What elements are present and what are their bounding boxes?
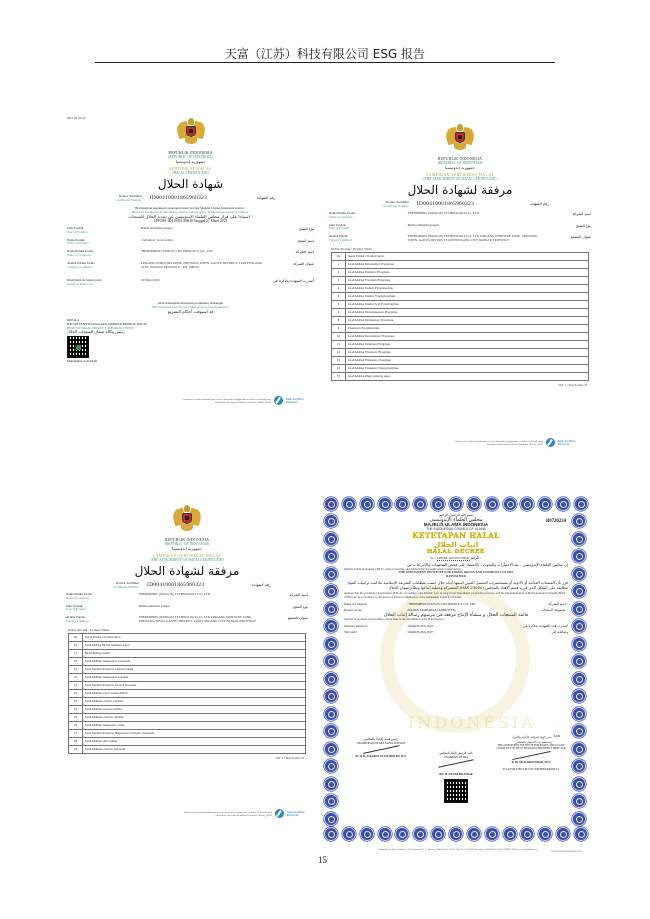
product-no: 27	[69, 729, 83, 737]
mui-seal-icon	[324, 794, 338, 808]
revision-code: REV.06.03.24	[67, 116, 85, 120]
mui-seal-icon	[360, 497, 374, 511]
product-no: 18	[69, 657, 83, 665]
mui-seal-icon	[378, 827, 392, 841]
certificate-number: ID00410001865960323	[150, 195, 257, 201]
issued-label-ar: أصدرت هذه الشهادة بجاكرتا في	[514, 624, 568, 628]
field-label-en: Name of Company	[67, 254, 141, 258]
mui-seal-icon	[538, 827, 552, 841]
mui-seal-icon	[324, 619, 338, 633]
mui-seal-icon	[360, 827, 374, 841]
mui-seal-icon	[467, 827, 481, 841]
issued-label-ar: أصدرت الشهادة بجاكرتا في	[270, 279, 314, 287]
mui-seal-icon	[572, 794, 586, 808]
issued-row: Issued in Jakarta on : MARCH 20th, 2023 …	[344, 624, 568, 628]
table-row: 7Food Additive Monopotassium Phosphate	[332, 308, 589, 316]
certificate-number-row: Nomor SertifikatCertificate Number ID004…	[325, 200, 595, 208]
product-no: 12	[332, 348, 346, 356]
product-name: Potassium Pyrophosphate	[346, 324, 589, 332]
attachment-title-en: (THE ATTACHMENT OF HALAL CERTIFICATE)	[62, 558, 312, 562]
valid-label-ar: وصالحة إلى	[514, 630, 568, 634]
field-value: THERMPHOS (JIANGSU) TECHNOLOGY CO., LTD	[139, 593, 265, 601]
esign-note: Dokumen ini telah ditandatangani secara …	[181, 398, 271, 404]
table-row: 8Food Additive Dipotassium Phosphate	[332, 316, 589, 324]
product-name: Food Additive Potassium Tripolyphosphate	[346, 364, 589, 372]
mui-seal-icon	[574, 497, 588, 511]
mui-seal-icon	[572, 672, 586, 686]
mui-halal-decree: INDONESIA B0720224 بسم الله الرحمن الرحي…	[322, 495, 590, 860]
product-no: 16	[69, 641, 83, 649]
watermark-text: INDONESIA	[408, 713, 536, 732]
product-list-title: Daftar Produk / Product Name	[331, 247, 595, 251]
esign-note: Dokumen ini telah ditandatangani secara …	[453, 440, 543, 446]
mui-seal-icon	[324, 567, 338, 581]
table-row: 11Food Additive Dicalcium Phosphate	[332, 340, 589, 348]
product-no: 26	[69, 721, 83, 729]
field-value: Bahan tambahan pangan	[141, 227, 269, 235]
field-label-ar: نوع المنتج	[270, 227, 314, 235]
attachment-field-type: Jenis ProdukType of ProductBahan tambaha…	[62, 605, 312, 613]
field-label-en: Name of Product	[67, 242, 141, 246]
mui-seal-icon	[520, 827, 534, 841]
signature-icon	[420, 759, 492, 773]
page-number: 15	[318, 855, 327, 865]
mui-seal-icon	[395, 827, 409, 841]
product-name: Food Additive Sodium Acid Pyrophosphate	[346, 300, 589, 308]
mui-seal-icon	[431, 827, 445, 841]
mui-seal-icon	[413, 497, 427, 511]
mui-seal-icon	[395, 497, 409, 511]
col-no: No	[332, 252, 346, 260]
field-label-en: Type of Product	[67, 231, 141, 235]
mui-seal-icon	[324, 637, 338, 651]
table-header: NoNama Produk / Product Name	[69, 633, 306, 641]
product-name: Food Additives Ferric sodium EDTA	[83, 689, 306, 697]
table-row: 15Food Additive Water retaining agent	[332, 372, 589, 380]
product-name: Food Additives Copper sulphate	[83, 697, 306, 705]
product-no: 23	[69, 697, 83, 705]
halal-certificate: REV.06.03.24 REPUBLIK INDONESIA (REPUBLI…	[63, 112, 318, 467]
product-list-note-en: The list of products and facilities can …	[344, 618, 568, 622]
product-no: 1	[332, 260, 346, 268]
mui-seal-icon	[467, 497, 481, 511]
mui-seal-icon	[324, 742, 338, 756]
field-value: THERMPHOS (JIANGSU) TECHNOLOGY CO., LTD …	[139, 616, 265, 624]
decree-title-en: HALAL DECREE	[340, 549, 572, 555]
field-value: THERMPHOS (JIANGSU) TECHNOLOGY CO., LTD	[408, 212, 544, 220]
attachment-field-company: Nama Pelaku UsahaName of CompanyTHERMPHO…	[325, 212, 595, 220]
qr-code	[444, 779, 468, 803]
product-name: Food Additive Monosodium Phosphate	[346, 260, 589, 268]
decree-field: Product Group: BAHAN TAMBAHAN (ADDITIVES…	[344, 608, 568, 612]
field-label-en: Company's Address	[67, 266, 141, 270]
field-label-ar: اسم المنتج	[270, 239, 314, 247]
mui-seal-icon	[324, 602, 338, 616]
certificate-field: Jenis ProdukType of ProductBahan tambaha…	[63, 227, 318, 235]
decree-basis: Berdasarkan keputusan penetapan halal pr…	[63, 206, 318, 223]
report-header-title: 天富（江苏）科技有限公司 ESG 报告	[0, 45, 650, 62]
mui-seal-icon	[342, 497, 356, 511]
mui-seal-icon	[485, 827, 499, 841]
qr-code	[67, 336, 89, 358]
mui-seal-icon	[503, 827, 517, 841]
bsre-logo-text: Balai Sertifikasi Elektronik	[286, 398, 304, 404]
table-row: 10Food Additive Monocalcium Phosphate	[332, 332, 589, 340]
field-value: -Terlampir / As Attached-	[141, 239, 269, 247]
mui-seal-icon	[572, 742, 586, 756]
bsre-logo-text: Balai Sertifikasi Elektronik	[287, 811, 305, 817]
mui-seal-icon	[324, 584, 338, 598]
product-name: Food Additives Magnesium sulphate	[83, 673, 306, 681]
table-row: 1Food Additive Monosodium Phosphate	[332, 260, 589, 268]
cert-label-en: Certificate Number	[325, 204, 409, 208]
table-row: 26Food Additives Magnesium oxide	[69, 721, 306, 729]
field-label-ar: اسم الشركة	[544, 212, 591, 220]
field-label: Product Group	[344, 608, 407, 612]
mui-seal-icon	[342, 827, 356, 841]
attachment-title-en: (THE ATTACHMENT OF HALAL CERTIFICATE)	[325, 177, 595, 181]
signatory-name: Muhammad Aqil Irham	[67, 360, 314, 364]
table-row: 16Food Additive Blends Stabilizer agent	[69, 641, 306, 649]
field-value: Bahan tambahan pangan	[139, 605, 265, 613]
field-label-ar: عنوان الشركة	[270, 262, 314, 270]
product-name: Blend Baking powder	[83, 649, 306, 657]
mui-seal-icon	[324, 812, 338, 826]
product-table: NoNama Produk / Product Name16Food Addit…	[68, 633, 306, 754]
signature-icon	[344, 745, 418, 755]
product-name: Food Additive Potassium phosphate	[346, 356, 589, 364]
field-label-ar: عنوان المصنع	[264, 616, 308, 624]
certificate-title-ar: شهادة الحلال	[63, 177, 318, 191]
product-no: 25	[69, 713, 83, 721]
product-name: Food Additive Disodium Phosphate	[346, 268, 589, 276]
product-no: 17	[69, 649, 83, 657]
mui-seal-icon	[572, 637, 586, 651]
mui-seal-icon	[324, 827, 338, 841]
mui-seal-icon	[538, 497, 552, 511]
number-label-ar: الرقم :	[471, 555, 482, 560]
issued-row: Diterbitkan di Jakarta padaIssued in Jak…	[63, 279, 318, 287]
decree-number: LPPOM- 00310055180610	[437, 556, 470, 561]
page-note: Hal: 1 / Total Produk: 30	[325, 384, 587, 387]
signatory-block: KEPALA BADAN PENYELENGGARA JAMINAN PRODU…	[63, 319, 318, 364]
table-row: 21Food Nutrition Enhancer Ferrous Fumara…	[69, 681, 306, 689]
table-row: 5Food Additive Sodium Tripolyphosphate	[332, 292, 589, 300]
product-name: Food Additive Dicalcium Phosphate	[346, 340, 589, 348]
product-name: Food Additive Dipotassium Phosphate	[346, 316, 589, 324]
table-row: 20Food Additives Magnesium sulphate	[69, 673, 306, 681]
mui-seal-icon	[572, 584, 586, 598]
mui-seal-icon	[572, 777, 586, 791]
compliance-statement: telah memenuhi ketentuan perundang-undan…	[63, 301, 318, 314]
footer-form-code: FM-1/LPPOM-MUI/Oktober 2022	[332, 851, 582, 853]
kan-logo-icon: KAN	[554, 735, 561, 738]
mui-seal-icon	[324, 707, 338, 721]
mui-seal-icon	[324, 759, 338, 773]
product-no: 28	[69, 737, 83, 745]
product-no: 14	[332, 364, 346, 372]
product-no: 21	[69, 681, 83, 689]
product-name: Food Additives Calcium carbonate	[83, 745, 306, 753]
esign-badge: Dokumen ini telah ditandatangani secara …	[453, 438, 576, 447]
table-row: 17Blend Baking powder	[69, 649, 306, 657]
product-no: 6	[332, 300, 346, 308]
mui-seal-icon	[378, 497, 392, 511]
product-no: 29	[69, 745, 83, 753]
table-row: 4Food Additive Sodium Pyrophosphate	[332, 284, 589, 292]
signature-left: رئيس قسم الإفتاء بالمجلس CHAIRPERSON OF …	[344, 737, 418, 758]
mui-seal-icon	[572, 654, 586, 668]
certificate-field: Nama ProdukName of Product-Terlampir / A…	[63, 239, 318, 247]
product-name: Food Additives Zinc sulfate	[83, 737, 306, 745]
issued-date: 22 Maret 2023	[141, 279, 269, 287]
country-name-ar: جمهورية إندونيسيا	[325, 165, 595, 170]
mui-seal-icon	[449, 827, 463, 841]
product-name: Food Additive Blends Stabilizer agent	[83, 641, 306, 649]
decree-reference: LPPOM- 00310055180610 Tanggal 21 Maret 2…	[63, 219, 318, 223]
cert-label-ar: رقم الشهادة	[252, 583, 312, 587]
field-value: THERMPHOS (JIANGSU) TECHNOLOGY CO., LTD …	[408, 235, 544, 243]
table-row: 27Food Nutrition Enhancer Magnesium hydr…	[69, 729, 306, 737]
attachment-title-ar: مرفقة لشهادة الحلال	[62, 564, 312, 578]
field-label-ar: مجموعة المنتجات :	[514, 608, 568, 612]
product-name: Food Nutrition Enhancer Ferrous Fumarate	[83, 681, 306, 689]
garuda-emblem-icon	[445, 124, 475, 152]
product-name: Food Additive Monopotassium Phosphate	[346, 308, 589, 316]
cert-label-ar: رقم الشهادة	[530, 202, 595, 206]
product-name: Food Nutrition Enhancer Calcium Citrate	[83, 665, 306, 673]
mui-seal-icon	[324, 689, 338, 703]
product-name: Food Additive Trisodium Phosphate	[346, 276, 589, 284]
attachment-title-ar: مرفقة لشهادة الحلال	[325, 183, 595, 197]
mui-seal-icon	[413, 827, 427, 841]
signature-icon	[492, 751, 570, 761]
valid-row: Valid until : MARCH 20th, 2027 وصالحة إل…	[344, 630, 568, 634]
garuda-emblem-icon	[172, 505, 202, 533]
table-row: 18Food Additives Magnesium carbonate	[69, 657, 306, 665]
product-no: 11	[332, 340, 346, 348]
mui-seal-icon	[572, 532, 586, 546]
number-label: No. :	[430, 556, 436, 560]
table-row: 28Food Additives Zinc sulfate	[69, 737, 306, 745]
field-label-ar: اسم الشركة	[270, 250, 314, 258]
certificate-number: ID00410001865960323	[417, 201, 530, 207]
field-value: : THERMPHOS (JIANGSU) TECHNOLOGY CO., LT…	[407, 602, 515, 606]
mui-seal-icon	[324, 532, 338, 546]
attachment-field-company: Nama Pelaku UsahaName of CompanyTHERMPHO…	[62, 593, 312, 601]
product-no: 2	[332, 268, 346, 276]
table-row: 3Food Additive Trisodium Phosphate	[332, 276, 589, 284]
bsre-logo-icon	[275, 809, 284, 818]
mui-seal-icon	[574, 827, 588, 841]
product-no: 15	[332, 372, 346, 380]
scan-note: SCAN FOR VIEW LIST OF CERTIFIED PRODUCT	[492, 768, 570, 771]
mui-seal-icon	[431, 497, 445, 511]
mui-seal-icon	[520, 497, 534, 511]
sig-right-role-ar: مدير الهيئة لمراقبة الأغذية والأدوية ومس…	[502, 735, 552, 744]
certificate-number: ID00410001865960323	[147, 582, 252, 588]
field-label-en: Name of Company	[66, 597, 139, 601]
valid-date: : MARCH 20th, 2027	[407, 630, 515, 634]
mui-seal-icon	[572, 759, 586, 773]
esign-badge: Dokumen ini telah ditandatangani secara …	[181, 396, 304, 405]
mui-seal-icon	[449, 497, 463, 511]
certificate-number-row: Nomor SertifikatCertificate Number ID004…	[62, 581, 312, 589]
table-row: 13Food Additive Potassium phosphate	[332, 356, 589, 364]
product-name: Food Nutrition Enhancer Magnesium hydrog…	[83, 729, 306, 737]
mui-seal-icon	[324, 654, 338, 668]
garuda-emblem-icon	[176, 118, 206, 146]
cert-label-en: Certificate Number	[63, 198, 142, 202]
attachment-field-factory: Alamat PabrikFactory's AddressTHERMPHOS …	[62, 616, 312, 624]
mui-seal-icon	[572, 724, 586, 738]
valid-label: Valid until	[344, 630, 407, 634]
issued-date: : MARCH 20th, 2023	[407, 624, 515, 628]
product-name: Food Additive Tricalcium Phosphate	[346, 348, 589, 356]
certificate-title-en: (HALAL CERTIFICATE)	[63, 171, 318, 175]
product-name: Food Additives Magnesium oxide	[83, 721, 306, 729]
field-label-ar: نوع المنتج	[264, 605, 308, 613]
field-value: Bahan tambahan pangan	[408, 224, 544, 232]
page-note: Hal: 2 / Total Produk: 30	[62, 757, 304, 760]
mui-footer: Gedung Majelis Ulama Indonesia, Jl. Prok…	[332, 849, 582, 853]
product-no: 8	[332, 316, 346, 324]
product-no: 7	[332, 308, 346, 316]
mui-seal-icon	[572, 707, 586, 721]
bsre-logo-text: Balai Sertifikasi Elektronik	[558, 440, 576, 446]
attachment-field-type: Jenis ProdukType of ProductBahan tambaha…	[325, 224, 595, 232]
mui-seal-icon	[324, 672, 338, 686]
mui-seal-icon	[572, 812, 586, 826]
mui-seal-icon	[503, 497, 517, 511]
mui-seal-icon	[485, 497, 499, 511]
mui-seal-icon	[324, 549, 338, 563]
field-label-ar: عنوان المصنع	[544, 235, 591, 243]
product-no: 10	[332, 332, 346, 340]
product-name: Food Additive Sodium Tripolyphosphate	[346, 292, 589, 300]
table-row: 6Food Additive Sodium Acid Pyrophosphate	[332, 300, 589, 308]
mui-seal-icon	[556, 827, 570, 841]
declaration-en: declares that the product(s) stated belo…	[344, 592, 568, 600]
field-label-ar: اسم الشركة	[264, 593, 308, 601]
bsre-logo-icon	[546, 438, 555, 447]
field-label-en: Factory's Address	[329, 239, 408, 243]
product-list-title: Daftar Produk / Product Name	[68, 628, 312, 632]
country-name-ar: جمهورية إندونيسيا	[62, 546, 312, 551]
sig-mid-name: KH. M. ANWAR ISKANDAR	[420, 773, 492, 776]
mui-seal-icon	[572, 619, 586, 633]
mui-seal-icon	[572, 549, 586, 563]
sig-right-name: Ir. Hj. MUTI ARINTAWATI, M.Si.	[492, 761, 570, 764]
decree-title: KETETAPAN HALAL	[340, 531, 572, 540]
bsre-logo-icon	[274, 396, 283, 405]
field-label-en: Type of Product	[329, 227, 408, 231]
table-row: 24Food Additives Ferrous Sulfate	[69, 705, 306, 713]
attachment-page-2: REPUBLIK INDONESIA (REPUBLIC OF INDONESI…	[62, 495, 312, 830]
mui-seal-icon	[572, 514, 586, 528]
certificate-field: Alamat Pelaku UsahaCompany's AddressLING…	[63, 262, 318, 270]
table-row: 14Food Additive Potassium Tripolyphospha…	[332, 364, 589, 372]
product-no: 19	[69, 665, 83, 673]
table-row: 22Food Additives Ferric sodium EDTA	[69, 689, 306, 697]
col-name: Nama Produk / Product Name	[346, 252, 589, 260]
compliance-text-ar: قد استوفت أحكام التشريع	[63, 309, 318, 314]
field-value: THERMPHOS (JIANGSU) TECHNOLOGY CO., LTD	[141, 250, 269, 258]
agency-name-ar: رئيس وكالة ضمان المنتجات الحلال	[67, 330, 314, 334]
esign-note: Dokumen ini telah ditandatangani secara …	[182, 811, 272, 817]
cert-label-ar: رقم الشهادة	[257, 196, 318, 200]
field-label-ar: اسم الشركة :	[514, 602, 568, 606]
country-name-ar: جمهورية إندونيسيا	[63, 159, 318, 164]
field-label-ar: نوع المنتج	[544, 224, 591, 232]
product-name: Food Additives Magnesium carbonate	[83, 657, 306, 665]
decree-field: Name of Company: THERMPHOS (JIANGSU) TEC…	[344, 602, 568, 606]
signature-right: مدير الهيئة لمراقبة الأغذية والأدوية ومس…	[492, 735, 570, 771]
mui-seal-icon	[556, 497, 570, 511]
mui-seal-icon	[572, 567, 586, 581]
table-row: 9Potassium Pyrophosphate	[332, 324, 589, 332]
product-no: 24	[69, 705, 83, 713]
mui-seal-icon	[324, 514, 338, 528]
attachment-field-factory: Alamat PabrikFactory's AddressTHERMPHOS …	[325, 235, 595, 243]
product-no: 20	[69, 673, 83, 681]
issued-label-en: Issued in Jakarta on	[67, 283, 141, 287]
institute-short: (LPPOM MUI)	[344, 575, 568, 579]
field-label-en: Name of Company	[329, 216, 408, 220]
field-value: : BAHAN TAMBAHAN (ADDITIVES)	[407, 608, 515, 612]
product-table: NoNama Produk / Product Name1Food Additi…	[331, 252, 589, 381]
table-row: 23Food Additives Copper sulphate	[69, 697, 306, 705]
certificate-field: Nama Pelaku UsahaName of CompanyTHERMPHO…	[63, 250, 318, 258]
attachment-page-1: REPUBLIK INDONESIA (REPUBLIC OF INDONESI…	[325, 112, 595, 457]
product-name: Food Additive Sodium Pyrophosphate	[346, 284, 589, 292]
product-no: 3	[332, 276, 346, 284]
signature-middle: نائب الرئيس العام للمجلس CHAIRMAN OF MUI…	[420, 751, 492, 803]
product-no: 13	[332, 356, 346, 364]
table-row: 2Food Additive Disodium Phosphate	[332, 268, 589, 276]
mui-seal-icon	[324, 724, 338, 738]
product-no: 9	[332, 324, 346, 332]
header-rule	[95, 62, 555, 63]
product-name: Food Additive Monocalcium Phosphate	[346, 332, 589, 340]
field-label: Name of Company	[344, 602, 407, 606]
product-no: 4	[332, 284, 346, 292]
esign-badge: Dokumen ini telah ditandatangani secara …	[182, 809, 305, 818]
product-no: 22	[69, 689, 83, 697]
mui-seal-icon	[572, 689, 586, 703]
table-row: 19Food Nutrition Enhancer Calcium Citrat…	[69, 665, 306, 673]
field-label-en: Type of Product	[66, 608, 139, 612]
product-name: Food Additive Water retaining agent	[346, 372, 589, 380]
mui-seal-icon	[324, 777, 338, 791]
mui-seal-icon	[324, 497, 338, 511]
cert-label-en: Certificate Number	[62, 585, 139, 589]
table-row: 25Food Additives Calcium chloride	[69, 713, 306, 721]
issued-label: Issued in Jakarta on	[344, 624, 407, 628]
table-row: 29Food Additives Calcium carbonate	[69, 745, 306, 753]
certificate-number-row: Nomor SertifikatCertificate Number ID004…	[63, 194, 318, 202]
field-value: LINGANG INDUSTRY ZONE, ZHEWANG TOWN, GAN…	[141, 262, 269, 270]
table-header: NoNama Produk / Product Name	[332, 252, 589, 260]
sig-left-name: Dr. H. M. ASRORUN NI'AM SHOLEH, M.A.	[344, 755, 418, 758]
col-name: Nama Produk / Product Name	[83, 633, 306, 641]
mui-seal-icon	[572, 602, 586, 616]
declaration-ar: قرر بأن المنتجات الغذائية أو الأدوية أو …	[344, 581, 568, 590]
decree-title-ar: اثبات الحلال	[340, 540, 572, 549]
field-label-en: Factory's Address	[66, 620, 139, 624]
table-row: 12Food Additive Tricalcium Phosphate	[332, 348, 589, 356]
col-no: No	[69, 633, 83, 641]
